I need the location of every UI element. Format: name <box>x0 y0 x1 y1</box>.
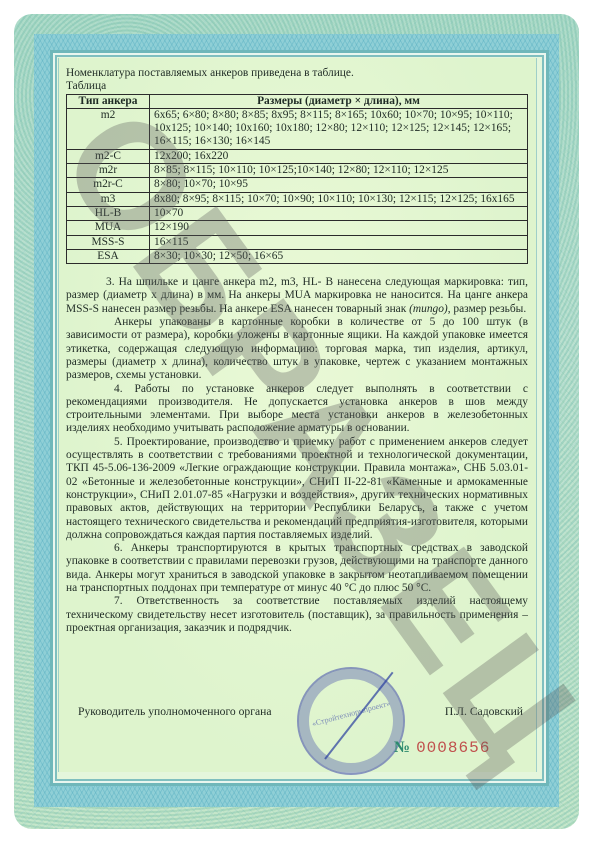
table-header-row: Тип анкера Размеры (диаметр × длина), мм <box>67 94 528 108</box>
table-row: m2r8×85; 8×115; 10×110; 10×125;10×140; 1… <box>67 164 528 178</box>
table-row: ESA8×30; 10×30; 12×50; 16×65 <box>67 249 528 263</box>
signature-block: Руководитель уполномоченного органа П.Л.… <box>78 705 523 718</box>
serial-prefix: № <box>394 739 411 756</box>
anchor-sizes-cell: 6x65; 6×80; 8×80; 8×85; 8x95; 8×115; 8×1… <box>150 108 528 149</box>
paragraph-3: 3. На шпильке и цанге анкера m2, m3, HL-… <box>66 276 528 316</box>
certificate-content: Номенклатура поставляемых анкеров привед… <box>66 67 528 635</box>
paragraph-5: 5. Проектирование, производство и приемк… <box>66 436 528 542</box>
anchor-sizes-cell: 12×190 <box>150 221 528 235</box>
paragraph-6: 6. Анкеры транспортируются в крытых тран… <box>66 542 528 595</box>
anchor-type-cell: MUA <box>67 221 150 235</box>
header-sizes: Размеры (диаметр × длина), мм <box>150 94 528 108</box>
official-stamp: «Стройтехнормпроект» <box>297 667 405 775</box>
anchor-type-cell: MSS-S <box>67 235 150 249</box>
table-row: HL-B10×70 <box>67 206 528 220</box>
signatory-position: Руководитель уполномоченного органа <box>78 705 271 718</box>
anchor-type-cell: m3 <box>67 192 150 206</box>
anchor-sizes-cell: 8×80; 10×70; 10×95 <box>150 178 528 192</box>
anchor-sizes-cell: 10×70 <box>150 206 528 220</box>
table-row: MSS-S16×115 <box>67 235 528 249</box>
anchor-type-cell: m2 <box>67 108 150 149</box>
anchors-table: Тип анкера Размеры (диаметр × длина), мм… <box>66 94 528 265</box>
signatory-name: П.Л. Садовский <box>445 705 523 718</box>
trademark-mungo: (mungo) <box>409 303 448 315</box>
anchor-type-cell: ESA <box>67 249 150 263</box>
table-row: m38x80; 8×95; 8×115; 10×70; 10×90; 10×11… <box>67 192 528 206</box>
table-body: m26x65; 6×80; 8×80; 8×85; 8x95; 8×115; 8… <box>67 108 528 263</box>
paragraph-7: 7. Ответственность за соответствие поста… <box>66 595 528 635</box>
table-row: MUA12×190 <box>67 221 528 235</box>
anchor-sizes-cell: 8x80; 8×95; 8×115; 10×70; 10×90; 10×110;… <box>150 192 528 206</box>
table-caption: Таблица <box>66 80 528 93</box>
anchor-sizes-cell: 12x200; 16x220 <box>150 149 528 163</box>
paragraph-3-tail: , размер резьбы. <box>448 303 526 315</box>
paragraph-4: 4. Работы по установке анкеров следует в… <box>66 383 528 436</box>
table-row: m26x65; 6×80; 8×80; 8×85; 8x95; 8×115; 8… <box>67 108 528 149</box>
table-row: m2r-C8×80; 10×70; 10×95 <box>67 178 528 192</box>
anchor-sizes-cell: 16×115 <box>150 235 528 249</box>
anchor-type-cell: HL-B <box>67 206 150 220</box>
serial-number: № 0008656 <box>394 739 490 757</box>
header-type: Тип анкера <box>67 94 150 108</box>
table-row: m2-C12x200; 16x220 <box>67 149 528 163</box>
intro-text: Номенклатура поставляемых анкеров привед… <box>66 67 528 80</box>
serial-value: 0008656 <box>416 739 490 757</box>
anchor-type-cell: m2r-C <box>67 178 150 192</box>
anchor-type-cell: m2-C <box>67 149 150 163</box>
anchor-sizes-cell: 8×30; 10×30; 12×50; 16×65 <box>150 249 528 263</box>
anchor-type-cell: m2r <box>67 164 150 178</box>
anchor-sizes-cell: 8×85; 8×115; 10×110; 10×125;10×140; 12×8… <box>150 164 528 178</box>
paragraph-packaging: Анкеры упакованы в картонные коробки в к… <box>66 316 528 382</box>
